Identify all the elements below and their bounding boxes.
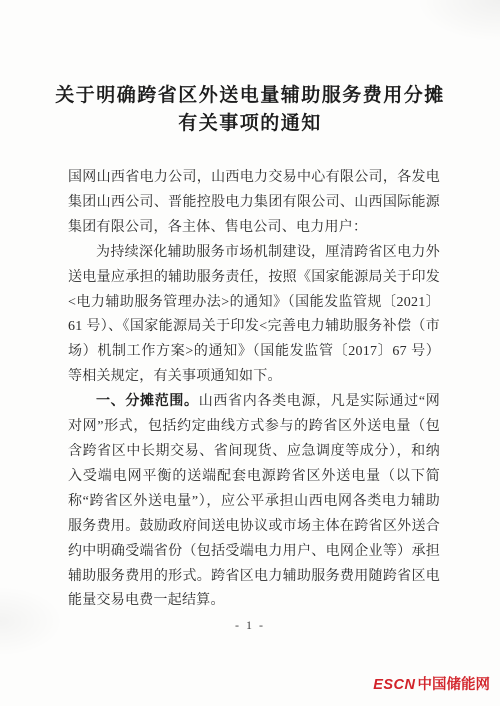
addressees-text: 国网山西省电力公司，山西电力交易中心有限公司，各发电集团山西公司、晋能控股电力集… bbox=[68, 170, 440, 235]
scope-text: 山西省内各类电源，凡是实际通过“网对网”形式，包括约定曲线方式参与的跨省区外送电… bbox=[68, 394, 440, 608]
document-body: 国网山西省电力公司，山西电力交易中心有限公司，各发电集团山西公司、晋能控股电力集… bbox=[0, 166, 500, 614]
document-title: 关于明确跨省区外送电量辅助服务费用分摊 有关事项的通知 bbox=[0, 0, 500, 138]
paragraph-preamble: 为持续深化辅助服务市场机制建设，厘清跨省区电力外送电量应承担的辅助服务责任，按照… bbox=[68, 241, 440, 390]
preamble-text: 为持续深化辅助服务市场机制建设，厘清跨省区电力外送电量应承担的辅助服务责任，按照… bbox=[68, 245, 440, 385]
escn-logo-cn-text: 中国储能网 bbox=[418, 677, 491, 693]
title-line-1: 关于明确跨省区外送电量辅助服务费用分摊 bbox=[40, 82, 460, 110]
section-heading-scope: 一、分摊范围。 bbox=[96, 394, 199, 409]
title-line-2: 有关事项的通知 bbox=[40, 110, 460, 138]
escn-logo-latin-text: ESCN bbox=[373, 677, 417, 693]
paragraph-addressees: 国网山西省电力公司，山西电力交易中心有限公司，各发电集团山西公司、晋能控股电力集… bbox=[68, 166, 440, 241]
escn-logo: ESCN中国储能网 bbox=[373, 676, 490, 694]
paragraph-scope: 一、分摊范围。山西省内各类电源，凡是实际通过“网对网”形式，包括约定曲线方式参与… bbox=[68, 390, 440, 614]
page-number: - 1 - bbox=[0, 618, 500, 633]
document-page: 关于明确跨省区外送电量辅助服务费用分摊 有关事项的通知 国网山西省电力公司，山西… bbox=[0, 0, 500, 706]
